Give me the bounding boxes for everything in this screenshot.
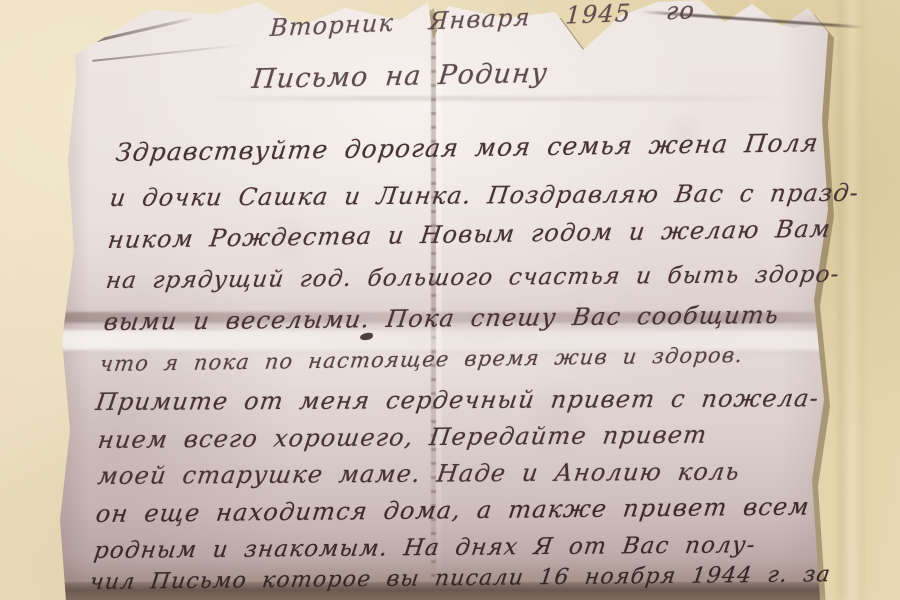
ink-blot — [360, 332, 374, 341]
handwritten-line-2: и дочки Сашка и Линка. Поздравляю Вас с … — [108, 179, 861, 212]
handwritten-line-9: моей старушке маме. Наде и Анолию коль — [96, 458, 742, 491]
letter-photo: Вторник Января 1945 го Письмо на Родину … — [0, 0, 900, 600]
top-left-corner-crease — [77, 17, 195, 47]
handwritten-line-8: нием всего хорошего, Передайте привет — [96, 421, 709, 454]
upper-fold-crease — [202, 96, 802, 101]
letter-title: Письмо на Родину — [250, 58, 549, 95]
handwritten-line-7: Примите от меня сердечный привет с пожел… — [94, 384, 821, 416]
backdrop-fold-crease — [838, 0, 864, 600]
top-left-corner-crease-2 — [92, 44, 241, 62]
